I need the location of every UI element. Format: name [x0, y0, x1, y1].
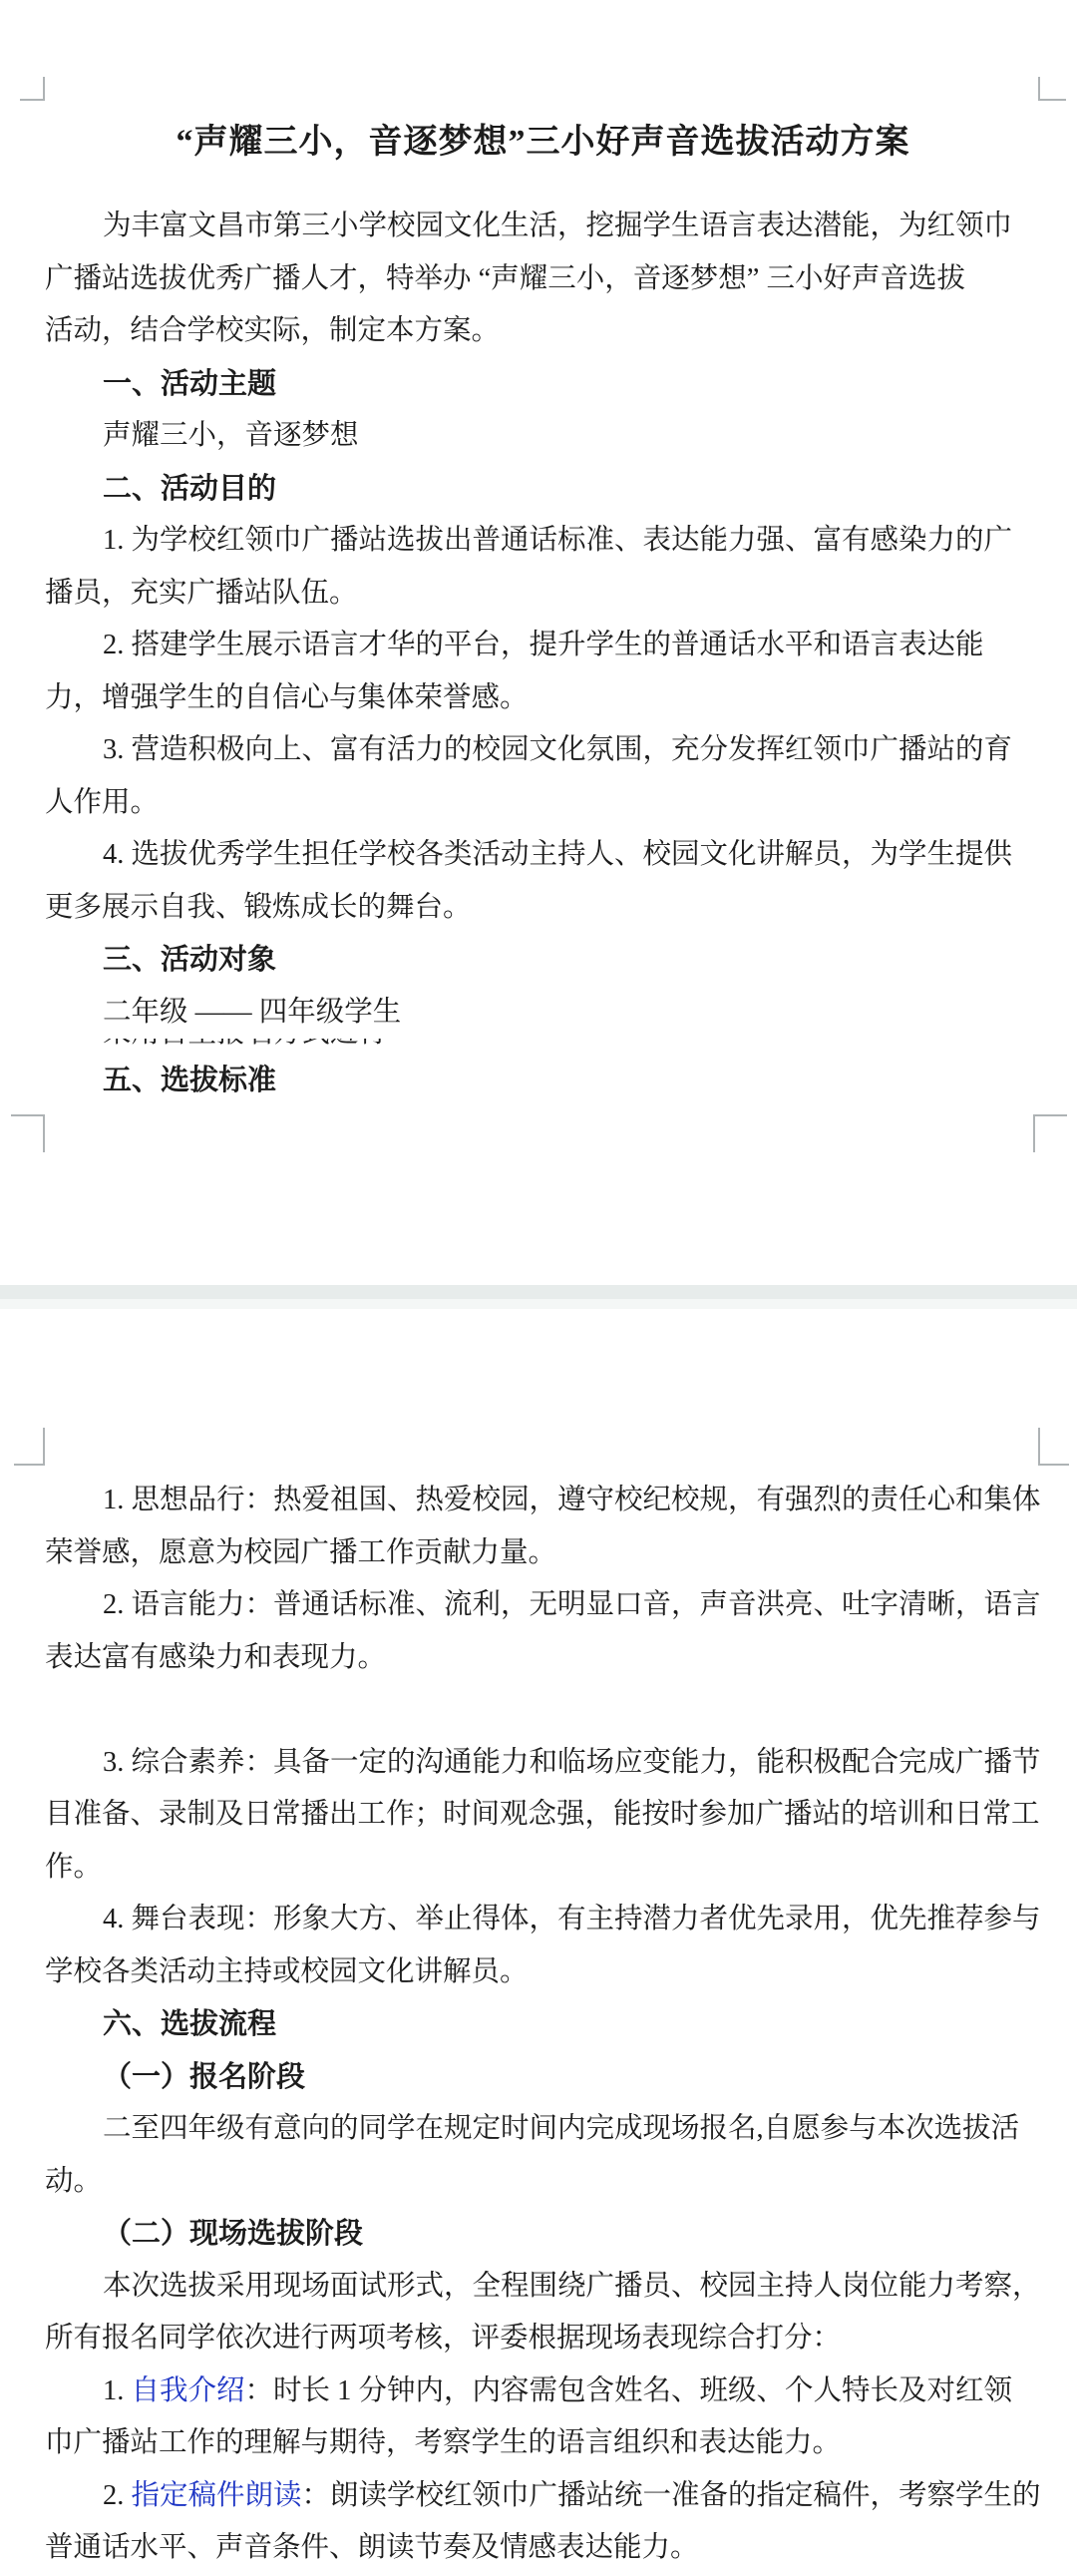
heading-line: （一）报名阶段 — [45, 2051, 1041, 2104]
text-line: 二至四年级有意向的同学在规定时间内完成现场报名,自愿参与本次选拔活 — [45, 2103, 1041, 2156]
text-line: 4. 舞台表现：形象大方、举止得体，有主持潜力者优先录用，优先推荐参与 — [45, 1894, 1041, 1946]
text-line: 3. 营造积极向上、富有活力的校园文化氛围，充分发挥红领巾广播站的育 — [45, 724, 1041, 777]
document-page-1: “声耀三小，音逐梦想”三小好声音选拔活动方案 为丰富文昌市第三小学校园文化生活，… — [0, 0, 1077, 1285]
text-line: 3. 综合素养：具备一定的沟通能力和临场应变能力，能积极配合完成广播节 — [45, 1737, 1041, 1790]
margin-mark-bottom-right — [1033, 1114, 1067, 1152]
text-line: 播员，充实广播站队伍。 — [45, 568, 1041, 621]
heading-line: 六、选拔流程 — [45, 1998, 1041, 2051]
text-line: 人作用。 — [45, 777, 1041, 830]
text-run: 1. — [103, 2375, 132, 2406]
text-line: 广播站选拔优秀广播人才，特举办 “声耀三小，音逐梦想” 三小好声音选拔 — [45, 253, 1041, 306]
text-line: 所有报名同学依次进行两项考核，评委根据现场表现综合打分： — [45, 2313, 1041, 2365]
text-line: 力，增强学生的自信心与集体荣誉感。 — [45, 672, 1041, 725]
text-line: 作。 — [45, 1842, 1041, 1895]
text-run: 2. — [103, 2480, 132, 2511]
document-viewer[interactable]: “声耀三小，音逐梦想”三小好声音选拔活动方案 为丰富文昌市第三小学校园文化生活，… — [0, 0, 1077, 2576]
page2-content: 1. 思想品行：热爱祖国、热爱校园，遵守校纪校规，有强烈的责任心和集体荣誉感，愿… — [0, 1475, 1077, 2575]
heading-line: 二、活动目的 — [45, 463, 1041, 516]
text-line: 动。 — [45, 2156, 1041, 2209]
text-line: 二年级 —— 四年级学生 — [45, 987, 1041, 1040]
heading-line: 三、活动对象 — [45, 934, 1041, 987]
page2-text-lines: 1. 思想品行：热爱祖国、热爱校园，遵守校纪校规，有强烈的责任心和集体荣誉感，愿… — [45, 1475, 1041, 2575]
blank-line — [45, 1684, 1041, 1737]
text-line: 声耀三小，音逐梦想 — [45, 410, 1041, 463]
text-line: 2. 搭建学生展示语言才华的平台，提升学生的普通话水平和语言表达能 — [45, 620, 1041, 672]
page-separator-fade — [0, 1299, 1077, 1309]
clipped-text: 采用自主报名方式进行 — [45, 1039, 1041, 1055]
text-line: 2. 指定稿件朗读：朗读学校红领巾广播站统一准备的指定稿件，考察学生的 — [45, 2470, 1041, 2523]
margin-mark-bottom-left — [11, 1114, 45, 1152]
page-separator — [0, 1285, 1077, 1299]
margin-mark-page2-top-right — [1038, 1428, 1069, 1466]
text-run: ：时长 1 分钟内，内容需包含姓名、班级、个人特长及对红领 — [245, 2375, 1013, 2406]
text-line: 本次选拔采用现场面试形式，全程围绕广播员、校园主持人岗位能力考察， — [45, 2261, 1041, 2314]
page1-text-lines: 为丰富文昌市第三小学校园文化生活，挖掘学生语言表达潜能，为红领巾广播站选拔优秀广… — [45, 201, 1041, 1107]
text-line: 荣誉感，愿意为校园广播工作贡献力量。 — [45, 1527, 1041, 1580]
text-line: 学校各类活动主持或校园文化讲解员。 — [45, 1946, 1041, 1999]
text-line: 1. 为学校红领巾广播站选拔出普通话标准、表达能力强、富有感染力的广 — [45, 515, 1041, 568]
text-line: 表达富有感染力和表现力。 — [45, 1632, 1041, 1685]
heading-line: 一、活动主题 — [45, 358, 1041, 411]
text-line: 1. 自我介绍：时长 1 分钟内，内容需包含姓名、班级、个人特长及对红领 — [45, 2365, 1041, 2418]
heading-line: （二）现场选拔阶段 — [45, 2208, 1041, 2261]
text-line: 普通话水平、声音条件、朗读节奏及情感表达能力。 — [45, 2522, 1041, 2575]
text-run: ：朗读学校红领巾广播站统一准备的指定稿件，考察学生的 — [302, 2480, 1041, 2511]
text-line: 4. 选拔优秀学生担任学校各类活动主持人、校园文化讲解员，为学生提供 — [45, 829, 1041, 882]
document-title: “声耀三小，音逐梦想”三小好声音选拔活动方案 — [45, 113, 1041, 173]
margin-mark-page2-top-left — [14, 1428, 45, 1466]
text-line: 目准备、录制及日常播出工作；时间观念强，能按时参加广播站的培训和日常工 — [45, 1789, 1041, 1842]
margin-mark-top-left — [20, 77, 45, 101]
document-page-2: 1. 思想品行：热爱祖国、热爱校园，遵守校纪校规，有强烈的责任心和集体荣誉感，愿… — [0, 1309, 1077, 2576]
page1-content: “声耀三小，音逐梦想”三小好声音选拔活动方案 为丰富文昌市第三小学校园文化生活，… — [0, 113, 1077, 1107]
text-line: 更多展示自我、锻炼成长的舞台。 — [45, 882, 1041, 935]
text-line: 活动，结合学校实际，制定本方案。 — [45, 305, 1041, 358]
text-line: 1. 思想品行：热爱祖国、热爱校园，遵守校纪校规，有强烈的责任心和集体 — [45, 1475, 1041, 1527]
heading-line: 五、选拔标准 — [45, 1055, 1041, 1107]
text-line: 为丰富文昌市第三小学校园文化生活，挖掘学生语言表达潜能，为红领巾 — [45, 201, 1041, 253]
highlighted-text: 自我介绍 — [132, 2375, 245, 2406]
clipped-text-line: 采用自主报名方式进行 — [45, 1039, 1041, 1055]
highlighted-text: 指定稿件朗读 — [132, 2480, 302, 2511]
margin-mark-top-right — [1038, 77, 1066, 101]
text-line: 巾广播站工作的理解与期待，考察学生的语言组织和表达能力。 — [45, 2417, 1041, 2470]
text-line: 2. 语言能力：普通话标准、流利，无明显口音，声音洪亮、吐字清晰，语言 — [45, 1579, 1041, 1632]
